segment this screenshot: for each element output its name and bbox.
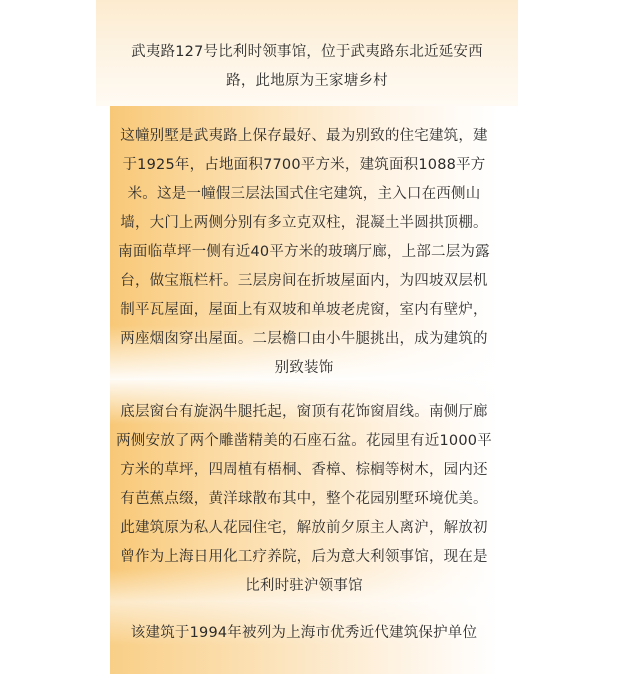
intro-panel: 武夷路127号比利时领事馆，位于武夷路东北近延安西路，此地原为王家塘乡村 bbox=[96, 0, 518, 106]
architecture-paragraph: 这幢别墅是武夷路上保存最好、最为别致的住宅建筑，建于1925年，占地面积7700… bbox=[116, 122, 492, 383]
intro-paragraph: 武夷路127号比利时领事馆，位于武夷路东北近延安西路，此地原为王家塘乡村 bbox=[118, 38, 496, 96]
garden-history-paragraph: 底层窗台有旋涡牛腿托起，窗顶有花饰窗眉线。南侧厅廊两侧安放了两个雕凿精美的石座石… bbox=[116, 398, 492, 601]
architecture-panel: 这幢别墅是武夷路上保存最好、最为别致的住宅建筑，建于1925年，占地面积7700… bbox=[110, 106, 498, 380]
protection-status-panel: 该建筑于1994年被列为上海市优秀近代建筑保护单位 bbox=[110, 602, 498, 674]
protection-status-paragraph: 该建筑于1994年被列为上海市优秀近代建筑保护单位 bbox=[116, 619, 492, 648]
garden-history-panel: 底层窗台有旋涡牛腿托起，窗顶有花饰窗眉线。南侧厅廊两侧安放了两个雕凿精美的石座石… bbox=[110, 380, 498, 602]
